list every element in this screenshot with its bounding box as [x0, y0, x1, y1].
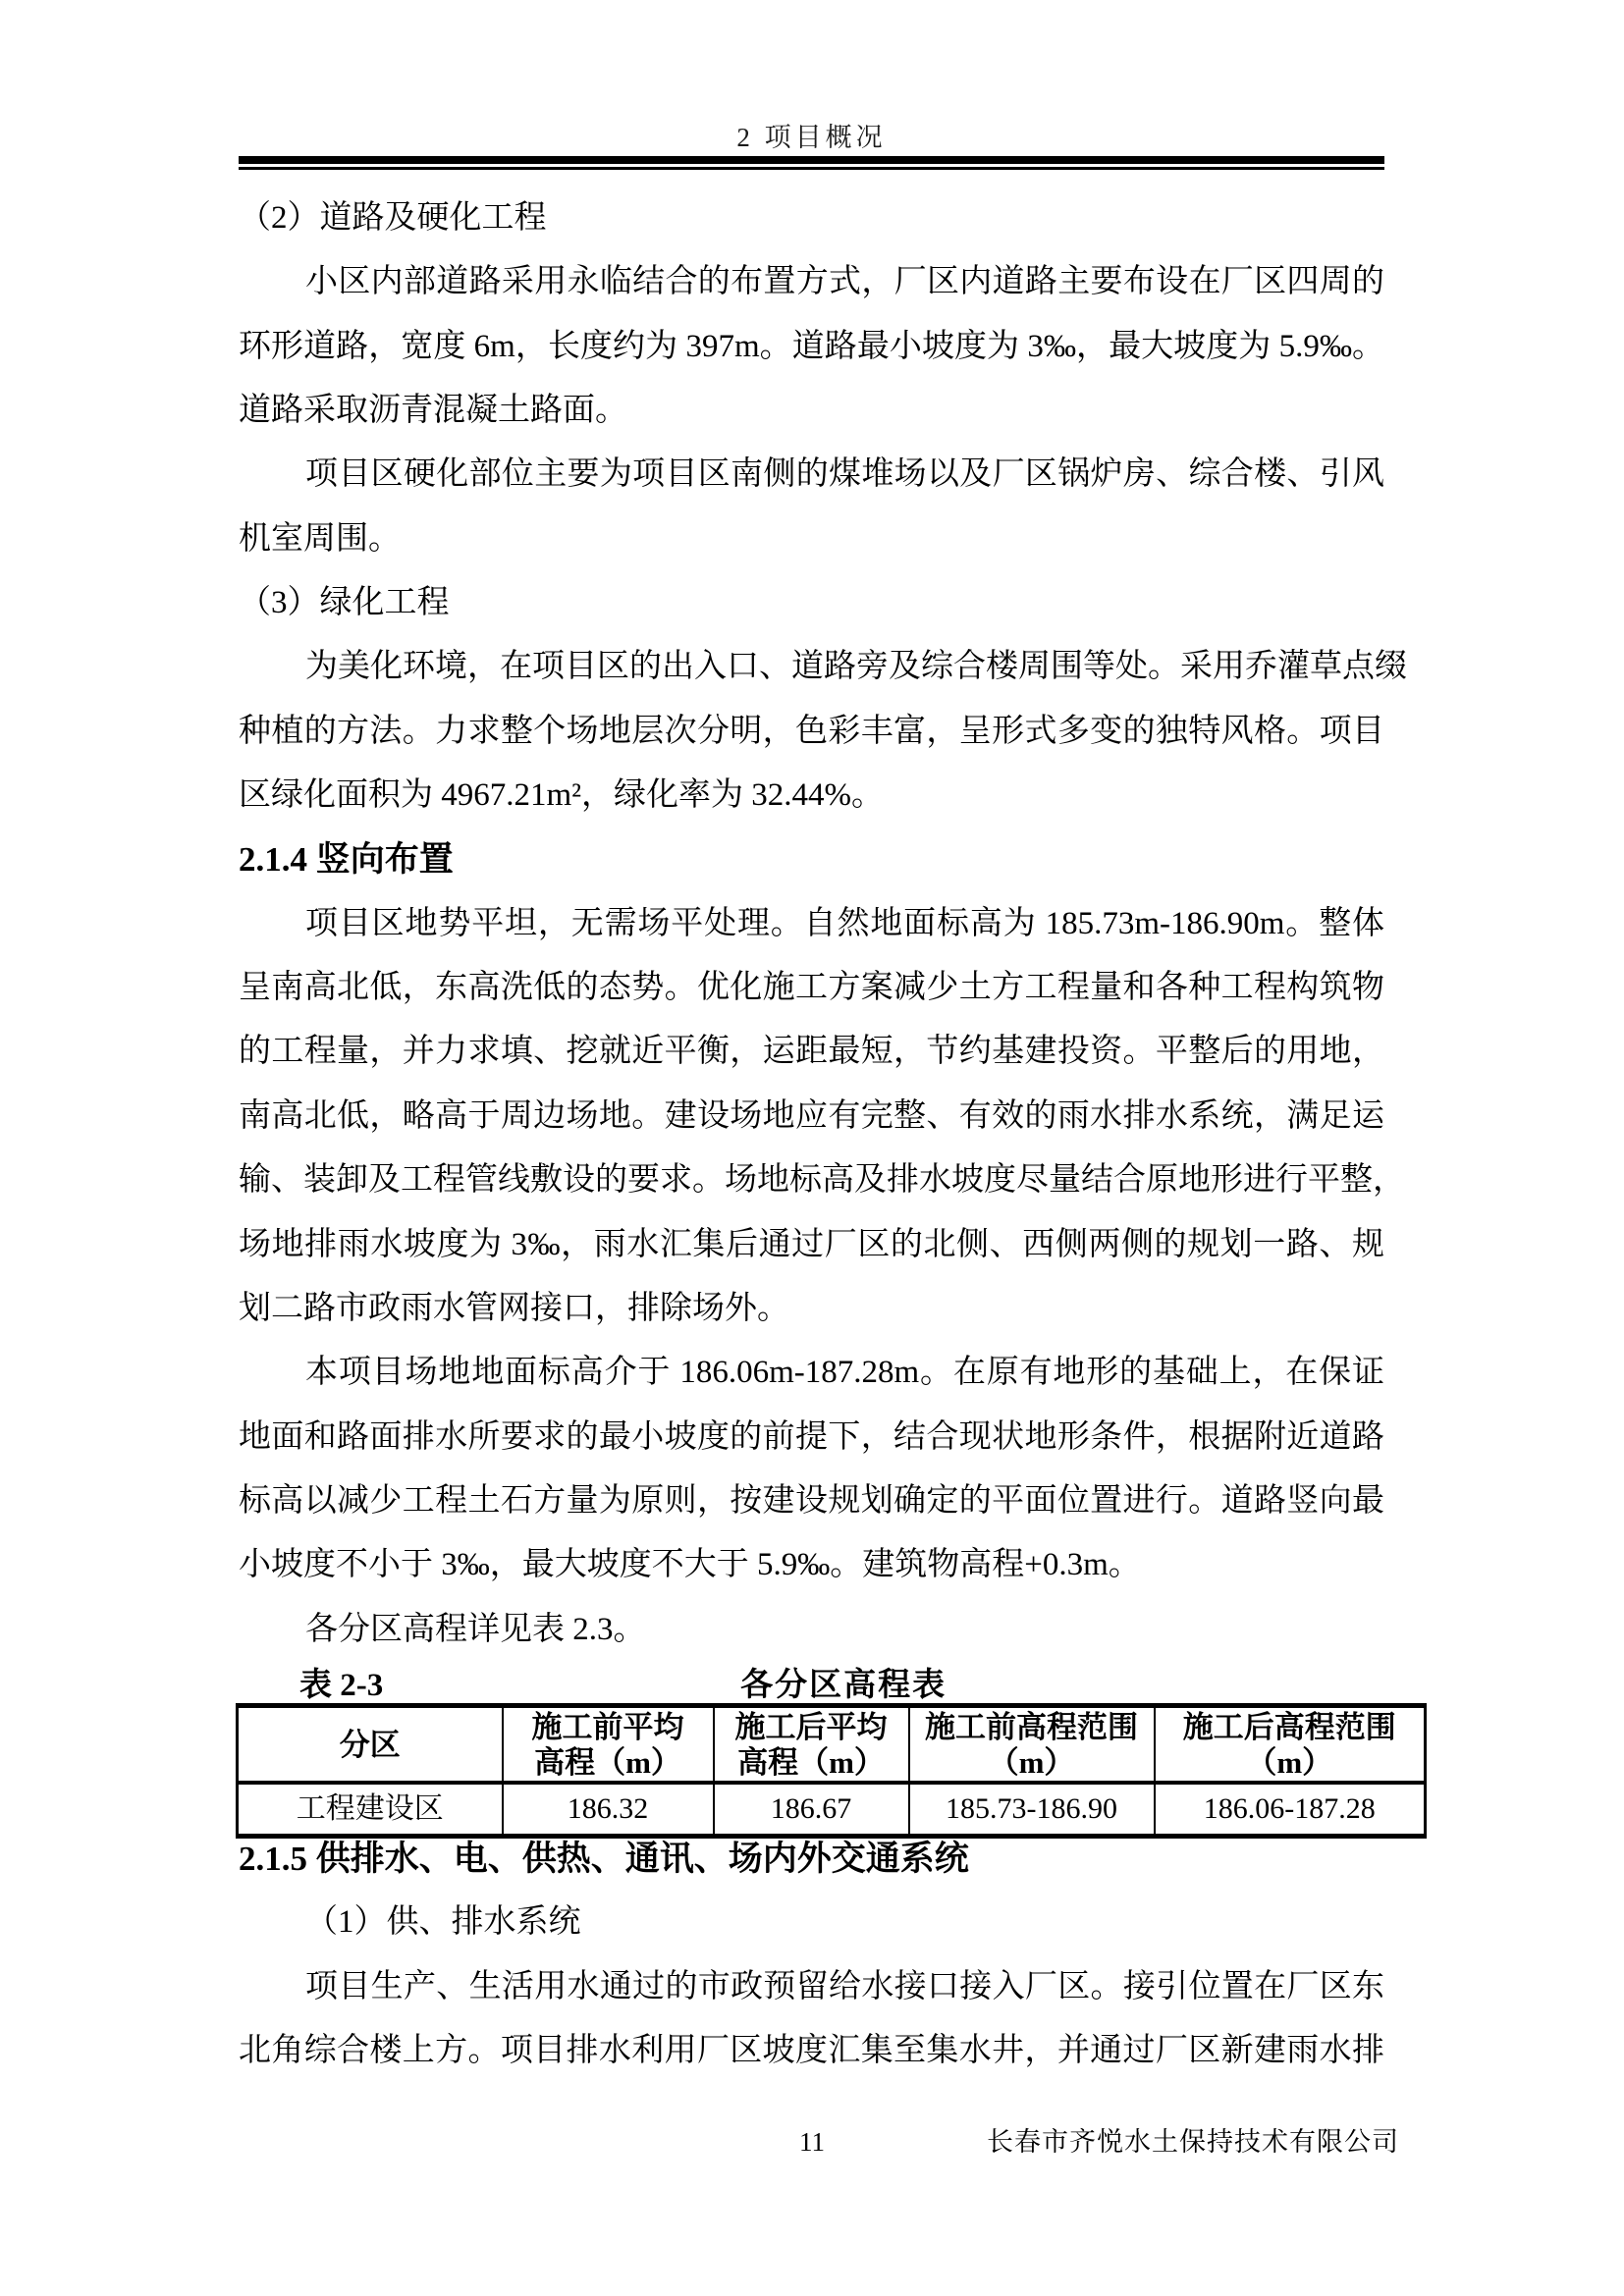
- document-page: 2 项目概况 （2）道路及硬化工程 小区内部道路采用永临结合的布置方式，厂区内道…: [0, 0, 1624, 2296]
- list-heading-greening: （3）绿化工程: [239, 571, 1384, 635]
- body-text-line: 区绿化面积为 4967.21m²，绿化率为 32.44%。: [239, 764, 1384, 828]
- body-text-line: 环形道路，宽度 6m，长度约为 397m。道路最小坡度为 3‰，最大坡度为 5.…: [239, 315, 1384, 379]
- body-text-line: 的工程量，并力求填、挖就近平衡，运距最短，节约基建投资。平整后的用地，: [239, 1020, 1384, 1084]
- column-header-text: 高程（m）: [504, 1745, 713, 1781]
- body-text-line: 项目区硬化部位主要为项目区南侧的煤堆场以及厂区锅炉房、综合楼、引风: [239, 443, 1384, 507]
- body-text-line: 小区内部道路采用永临结合的布置方式，厂区内道路主要布设在厂区四周的: [239, 250, 1384, 314]
- column-header-text: 分区: [239, 1728, 502, 1763]
- column-header-pre-range: 施工前高程范围 （m）: [909, 1706, 1155, 1784]
- body-text-line: 呈南高北低，东高洗低的态势。优化施工方案减少土方工程量和各种工程构筑物: [239, 956, 1384, 1020]
- body-text-line: 划二路市政雨水管网接口，排除场外。: [239, 1277, 1384, 1341]
- body-text-block-1: （2）道路及硬化工程 小区内部道路采用永临结合的布置方式，厂区内道路主要布设在厂…: [239, 187, 1384, 1662]
- body-text-line: 输、装卸及工程管线敷设的要求。场地标高及排水坡度尽量结合原地形进行平整，: [239, 1148, 1384, 1212]
- body-text-line: 道路采取沥青混凝土路面。: [239, 379, 1384, 443]
- list-heading-water-supply: （1）供、排水系统: [239, 1891, 1384, 1954]
- column-header-zone: 分区: [238, 1706, 503, 1784]
- elevation-table: 分区 施工前平均 高程（m） 施工后平均 高程（m） 施工前高程范围 （m） 施…: [236, 1703, 1427, 1839]
- column-header-text: 施工前平均: [504, 1710, 713, 1745]
- column-header-pre-avg: 施工前平均 高程（m）: [503, 1706, 714, 1784]
- body-text-line: 机室周围。: [239, 507, 1384, 571]
- table-caption-label: 表 2-3: [299, 1664, 383, 1707]
- body-text-line: 本项目场地地面标高介于 186.06m-187.28m。在原有地形的基础上，在保…: [239, 1341, 1384, 1405]
- page-footer: 11 长春市齐悦水土保持技术有限公司: [0, 2120, 1624, 2163]
- body-text-line: 各分区高程详见表 2.3。: [239, 1598, 1384, 1662]
- body-text-line: 项目生产、生活用水通过的市政预留给水接口接入厂区。接引位置在厂区东: [239, 1955, 1384, 2019]
- table-caption-title: 各分区高程表: [740, 1664, 947, 1707]
- list-heading-roads: （2）道路及硬化工程: [239, 187, 1384, 250]
- body-text-line: 北角综合楼上方。项目排水利用厂区坡度汇集至集水井，并通过厂区新建雨水排: [239, 2019, 1384, 2083]
- body-text-line: 标高以减少工程土石方量为原则，按建设规划确定的平面位置进行。道路竖向最: [239, 1469, 1384, 1533]
- header-rule: [239, 156, 1384, 170]
- column-header-text: 施工前高程范围: [910, 1710, 1154, 1745]
- header-rule-thick-line: [239, 156, 1384, 164]
- column-header-post-range: 施工后高程范围 （m）: [1155, 1706, 1426, 1784]
- column-header-text: （m）: [1156, 1745, 1425, 1781]
- section-heading-2-1-5: 2.1.5 供排水、电、供热、通讯、场内外交通系统: [239, 1827, 1384, 1891]
- page-header-title: 2 项目概况: [239, 116, 1384, 154]
- body-text-line: 场地排雨水坡度为 3‰，雨水汇集后通过厂区的北侧、西侧两侧的规划一路、规: [239, 1213, 1384, 1277]
- column-header-post-avg: 施工后平均 高程（m）: [714, 1706, 909, 1784]
- body-text-line: 项目区地势平坦，无需场平处理。自然地面标高为 185.73m-186.90m。整…: [239, 892, 1384, 956]
- column-header-text: （m）: [910, 1745, 1154, 1781]
- table-header-row: 分区 施工前平均 高程（m） 施工后平均 高程（m） 施工前高程范围 （m） 施…: [238, 1706, 1426, 1784]
- body-text-line: 南高北低，略高于周边场地。建设场地应有完整、有效的雨水排水系统，满足运: [239, 1085, 1384, 1148]
- column-header-text: 施工后高程范围: [1156, 1710, 1425, 1745]
- column-header-text: 高程（m）: [715, 1745, 908, 1781]
- footer-company-name: 长春市齐悦水土保持技术有限公司: [987, 2120, 1399, 2163]
- section-heading-2-1-4: 2.1.4 竖向布置: [239, 828, 1384, 891]
- body-text-block-2: 2.1.5 供排水、电、供热、通讯、场内外交通系统 （1）供、排水系统 项目生产…: [239, 1827, 1384, 2083]
- header-rule-thin-line: [239, 167, 1384, 170]
- column-header-text: 施工后平均: [715, 1710, 908, 1745]
- table-caption: 表 2-3 各分区高程表: [239, 1664, 1424, 1707]
- body-text-line: 地面和路面排水所要求的最小坡度的前提下，结合现状地形条件，根据附近道路: [239, 1406, 1384, 1469]
- body-text-line: 为美化环境，在项目区的出入口、道路旁及综合楼周围等处。采用乔灌草点缀: [239, 635, 1384, 699]
- body-text-line: 小坡度不小于 3‰，最大坡度不大于 5.9‰。建筑物高程+0.3m。: [239, 1533, 1384, 1597]
- body-text-line: 种植的方法。力求整个场地层次分明，色彩丰富，呈形式多变的独特风格。项目: [239, 700, 1384, 764]
